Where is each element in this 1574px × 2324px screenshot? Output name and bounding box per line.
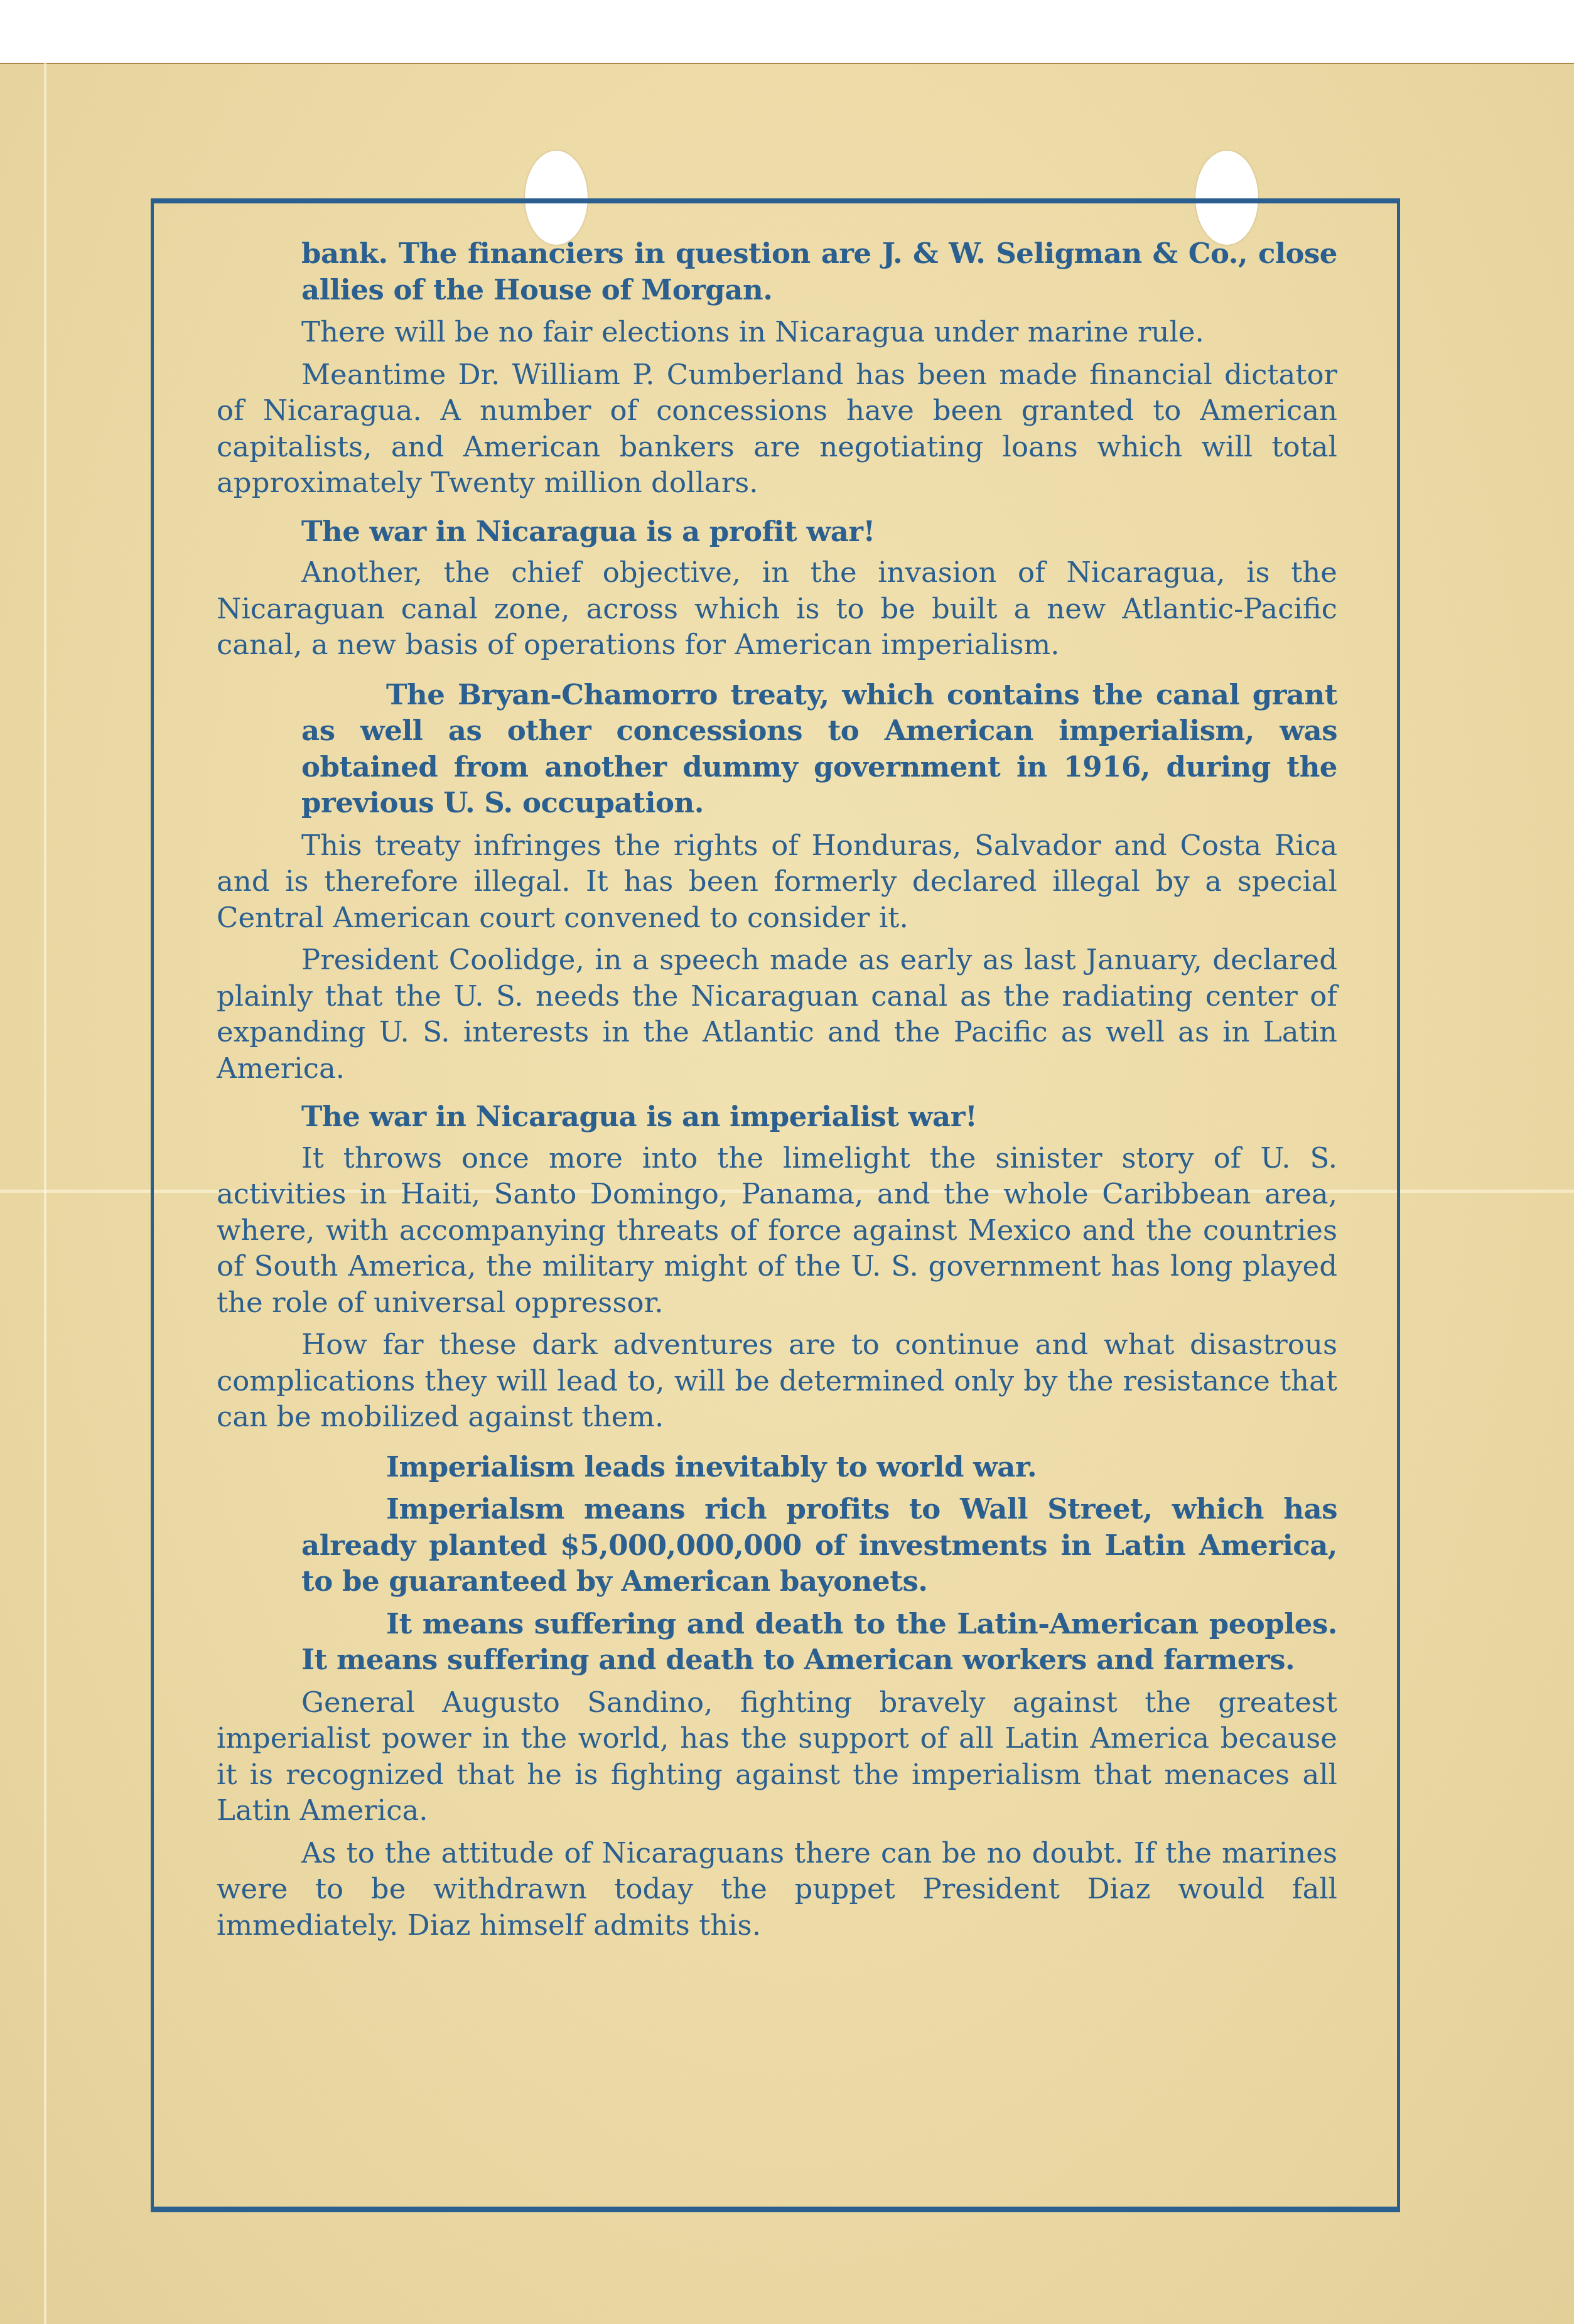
paragraph-treaty-illegal: This treaty infringes the rights of Hond…	[217, 827, 1337, 936]
paper-fold-vertical	[44, 63, 46, 2324]
paragraph-wall-street: Imperialsm means rich profits to Wall St…	[217, 1491, 1337, 1600]
heading-profit-war: The war in Nicaragua is a profit war!	[217, 514, 1337, 550]
paragraph-caribbean: It throws once more into the limelight t…	[217, 1140, 1337, 1321]
paragraph-financiers: bank. The financiers in question are J. …	[217, 235, 1337, 308]
paragraph-canal-zone: Another, the chief objective, in the inv…	[217, 554, 1337, 663]
heading-imperialist-war: The war in Nicaragua is an imperialist w…	[217, 1099, 1337, 1135]
paragraph-coolidge: President Coolidge, in a speech made as …	[217, 942, 1337, 1086]
paragraph-world-war: Imperialism leads inevitably to world wa…	[217, 1449, 1337, 1485]
paragraph-bryan-chamorro: The Bryan-Chamorro treaty, which contain…	[217, 677, 1337, 821]
document-body: bank. The financiers in question are J. …	[217, 235, 1337, 1949]
paragraph-fair-elections: There will be no fair elections in Nicar…	[217, 314, 1337, 350]
paragraph-suffering: It means suffering and death to the Lati…	[217, 1606, 1337, 1678]
paragraph-sandino: General Augusto Sandino, fighting bravel…	[217, 1684, 1337, 1829]
paragraph-dark-adventures: How far these dark adventures are to con…	[217, 1326, 1337, 1435]
paragraph-diaz: As to the attitude of Nicaraguans there …	[217, 1835, 1337, 1944]
paragraph-cumberland: Meantime Dr. William P. Cumberland has b…	[217, 357, 1337, 501]
